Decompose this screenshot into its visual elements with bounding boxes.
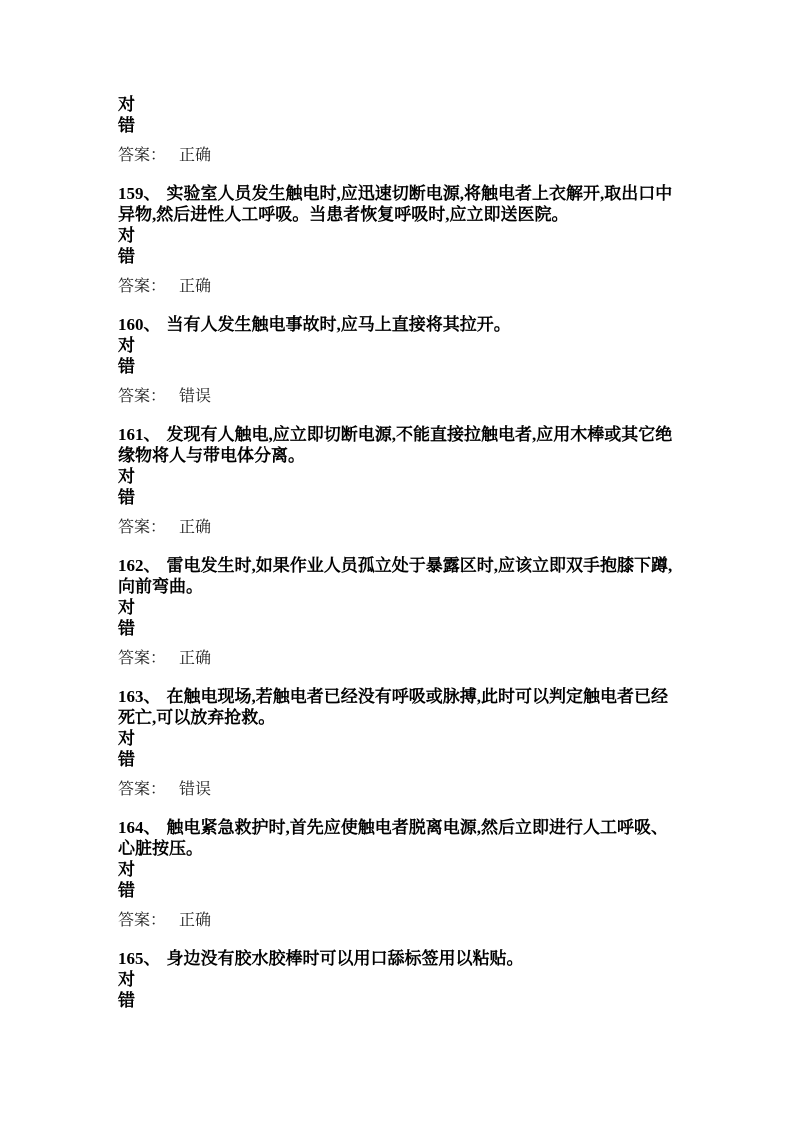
option-true[interactable]: 对 — [118, 225, 135, 246]
answer-line: 答案：错误 — [118, 386, 680, 407]
quiz-page: 对 错 答案：正确 159、实验室人员发生触电时,应迅速切断电源,将触电者上衣解… — [0, 0, 793, 1122]
question-text: 159、实验室人员发生触电时,应迅速切断电源,将触电者上衣解开,取出口中异物,然… — [118, 183, 680, 225]
option-true[interactable]: 对 — [118, 969, 135, 990]
question-body: 实验室人员发生触电时,应迅速切断电源,将触电者上衣解开,取出口中异物,然后进性人… — [118, 184, 672, 224]
question-body: 在触电现场,若触电者已经没有呼吸或脉搏,此时可以判定触电者已经死亡,可以放弃抢救… — [118, 687, 668, 727]
question-body: 雷电发生时,如果作业人员孤立处于暴露区时,应该立即双手抱膝下蹲,向前弯曲。 — [118, 556, 672, 596]
answer-label: 答案： — [118, 781, 166, 798]
question-number: 159、 — [118, 184, 161, 203]
question-text: 164、触电紧急救护时,首先应使触电者脱离电源,然后立即进行人工呼吸、心脏按压。 — [118, 817, 680, 859]
option-true[interactable]: 对 — [118, 335, 135, 356]
question-text: 160、当有人发生触电事故时,应马上直接将其拉开。 — [118, 314, 680, 335]
answer-line: 答案：正确 — [118, 276, 680, 297]
question-block-165: 165、身边没有胶水胶棒时可以用口舔标签用以粘贴。 对 错 — [118, 948, 680, 1011]
option-false[interactable]: 错 — [118, 487, 135, 508]
question-block-160: 160、当有人发生触电事故时,应马上直接将其拉开。 对 错 答案：错误 — [118, 314, 680, 407]
question-block-161: 161、发现有人触电,应立即切断电源,不能直接拉触电者,应用木棒或其它绝缘物将人… — [118, 424, 680, 538]
answer-value: 正确 — [179, 650, 211, 667]
question-number: 163、 — [118, 687, 161, 706]
answer-value: 正确 — [179, 519, 211, 536]
question-text: 163、在触电现场,若触电者已经没有呼吸或脉搏,此时可以判定触电者已经死亡,可以… — [118, 686, 680, 728]
question-body: 发现有人触电,应立即切断电源,不能直接拉触电者,应用木棒或其它绝缘物将人与带电体… — [118, 425, 672, 465]
answer-value: 正确 — [179, 278, 211, 295]
question-number: 165、 — [118, 949, 161, 968]
question-body: 触电紧急救护时,首先应使触电者脱离电源,然后立即进行人工呼吸、心脏按压。 — [118, 818, 668, 858]
option-true[interactable]: 对 — [118, 94, 135, 115]
question-body: 身边没有胶水胶棒时可以用口舔标签用以粘贴。 — [167, 949, 524, 968]
answer-label: 答案： — [118, 650, 166, 667]
answer-label: 答案： — [118, 519, 166, 536]
question-body: 当有人发生触电事故时,应马上直接将其拉开。 — [167, 315, 511, 334]
option-true[interactable]: 对 — [118, 597, 135, 618]
option-false[interactable]: 错 — [118, 990, 135, 1011]
question-text: 162、雷电发生时,如果作业人员孤立处于暴露区时,应该立即双手抱膝下蹲,向前弯曲… — [118, 555, 680, 597]
question-block-partial: 对 错 答案：正确 — [118, 94, 680, 166]
question-text: 161、发现有人触电,应立即切断电源,不能直接拉触电者,应用木棒或其它绝缘物将人… — [118, 424, 680, 466]
question-number: 162、 — [118, 556, 161, 575]
question-number: 160、 — [118, 315, 161, 334]
answer-line: 答案：正确 — [118, 910, 680, 931]
answer-label: 答案： — [118, 388, 166, 405]
option-true[interactable]: 对 — [118, 859, 135, 880]
answer-label: 答案： — [118, 912, 166, 929]
answer-line: 答案：正确 — [118, 648, 680, 669]
option-false[interactable]: 错 — [118, 246, 135, 267]
question-number: 161、 — [118, 425, 161, 444]
answer-label: 答案： — [118, 278, 166, 295]
question-block-164: 164、触电紧急救护时,首先应使触电者脱离电源,然后立即进行人工呼吸、心脏按压。… — [118, 817, 680, 931]
option-false[interactable]: 错 — [118, 749, 135, 770]
answer-line: 答案：正确 — [118, 517, 680, 538]
quiz-content: 对 错 答案：正确 159、实验室人员发生触电时,应迅速切断电源,将触电者上衣解… — [118, 94, 680, 1011]
question-block-163: 163、在触电现场,若触电者已经没有呼吸或脉搏,此时可以判定触电者已经死亡,可以… — [118, 686, 680, 800]
answer-label: 答案： — [118, 147, 166, 164]
option-true[interactable]: 对 — [118, 728, 135, 749]
option-false[interactable]: 错 — [118, 618, 135, 639]
option-false[interactable]: 错 — [118, 880, 135, 901]
question-block-159: 159、实验室人员发生触电时,应迅速切断电源,将触电者上衣解开,取出口中异物,然… — [118, 183, 680, 297]
question-block-162: 162、雷电发生时,如果作业人员孤立处于暴露区时,应该立即双手抱膝下蹲,向前弯曲… — [118, 555, 680, 669]
answer-value: 正确 — [179, 912, 211, 929]
answer-value: 错误 — [179, 781, 211, 798]
option-true[interactable]: 对 — [118, 466, 135, 487]
answer-line: 答案：错误 — [118, 779, 680, 800]
option-false[interactable]: 错 — [118, 115, 135, 136]
answer-value: 错误 — [179, 388, 211, 405]
question-number: 164、 — [118, 818, 161, 837]
question-text: 165、身边没有胶水胶棒时可以用口舔标签用以粘贴。 — [118, 948, 680, 969]
answer-value: 正确 — [179, 147, 211, 164]
option-false[interactable]: 错 — [118, 356, 135, 377]
answer-line: 答案：正确 — [118, 145, 680, 166]
